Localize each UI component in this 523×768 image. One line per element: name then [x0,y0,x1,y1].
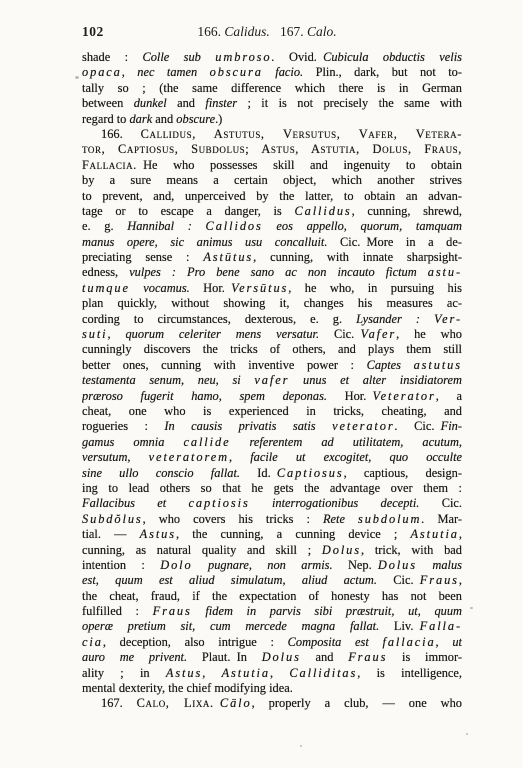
text-line: auro me privent. Plaut. In Dolus and Fra… [82,650,462,665]
text-line: preciating sense : Astūtus, cunning, wit… [82,250,462,265]
text-line: ality ; in Astus, Astutia, Calliditas, i… [82,666,462,681]
text-segment: Callidus, Astutus, Versutus, Vafer, Vete… [141,127,462,141]
book-page: 102 166. Calidus. 167. Calo. shade : Col… [0,0,523,768]
text-segment: tage or to escape a danger, is [82,204,294,218]
text-segment: Fraus [153,604,192,618]
text-segment: cunning, as natural quality and skill ; [82,543,322,557]
text-line: cia, deception, also intrigue : Composit… [82,635,462,650]
text-line: e. g. Hannibal : Callidos eos appello, q… [82,219,462,234]
text-segment: better ones, cunning with inventive powe… [82,358,367,372]
text-line: 166. Callidus, Astutus, Versutus, Vafer,… [82,127,462,142]
text-segment: , he who [396,327,462,341]
text-segment: Fallacia. [82,158,137,172]
text-segment: Veterator [373,389,436,403]
text-segment: Calliditas [289,666,357,680]
text-line: operæ pretium sit, cum mercede magna fal… [82,619,462,634]
text-segment: , facile ut excogitet, quo occulte [229,450,462,464]
text-segment: Dolus [322,543,361,557]
scan-speck [300,745,302,747]
text-segment: , cunning, with innate sharpsight- [253,250,462,264]
text-segment: facio. [263,65,303,79]
text-segment: vulpes : Pro bene sano ac non incauto fi… [129,265,428,279]
text-line: cording to circumstances, dexterous, e. … [82,312,462,327]
text-segment: , [202,666,221,680]
text-segment: Plaut. In [187,650,262,664]
text-segment: cording to circumstances, dexterous, e. … [82,312,356,326]
paragraph: shade : Colle sub umbroso. Ovid. Cubicul… [82,50,462,127]
page-text: shade : Colle sub umbroso. Ovid. Cubicul… [82,50,462,712]
text-segment: præroso fugerit hamo, spem deponas. [82,389,327,403]
text-segment: intention : [82,558,160,572]
text-line: rogueries : In causis privatis satis vet… [82,419,462,434]
text-segment: Cic. More in a de- [327,235,462,249]
text-line: plan quickly, without showing it, change… [82,296,462,311]
text-line: intention : Dolo pugnare, non armis. Nep… [82,558,462,573]
text-segment: Liv. [379,619,419,633]
text-line: mental dexterity, the chief modifying id… [82,681,462,696]
text-segment: Astutia [222,666,270,680]
text-segment: dark [129,112,152,126]
running-header: 102 166. Calidus. 167. Calo. [82,24,462,42]
text-segment: cia [82,635,103,649]
text-segment: Calo, Lixa. [137,696,214,710]
text-segment: ing to lead others so that he gets the a… [82,481,462,495]
text-segment: Callidus [294,204,351,218]
text-segment: auro me privent. [82,650,187,664]
text-line: cunning, as natural quality and skill ; … [82,543,462,558]
text-segment: mental dexterity, the chief modifying id… [82,681,293,695]
text-segment: tial. — [82,527,140,541]
text-segment: referentem ad utilitatem, acutum, [230,435,462,449]
text-segment: by a sure means a certain object, which … [82,173,462,187]
text-segment: manus opere, sic animus usu concalluit. [82,235,327,249]
text-segment: Hor. [327,389,373,403]
text-segment: interrogationibus decepti. [250,496,420,510]
text-line: suti, quorum celeriter mens versatur. Ci… [82,327,462,342]
text-segment: Ovid. [275,50,323,64]
text-line: cunningly discovers the tricks of others… [82,342,462,357]
text-segment: cunningly discovers the tricks of others… [82,342,462,356]
text-line: the cheat, fraud, if the expectation of … [82,589,462,604]
text-segment: tor, Captiosus, Subdolus; Astus, Astutia… [82,142,462,156]
text-segment: callide [183,435,230,449]
text-segment: Cic. [319,327,360,341]
text-segment: Id. [240,466,277,480]
text-line: edness, vulpes : Pro bene sano ac non in… [82,265,462,280]
paragraph: 167. Calo, Lixa. Cālo, properly a club, … [82,696,462,711]
text-segment: 166. [197,24,224,39]
text-segment: Fallacibus et [82,496,189,510]
text-segment: , deception, also intrigue : [103,635,288,649]
text-segment: Captes [367,358,414,372]
text-segment: , [459,527,462,541]
text-segment: vafer [254,373,289,387]
text-line: opaca, nec tamen obscura facio. Plin., d… [82,65,462,80]
text-segment: e. g. [82,219,127,233]
text-segment: subdolum [358,512,421,526]
chapter-header: 166. Calidus. 167. Calo. [82,24,452,40]
text-segment: Cic. [398,419,441,433]
text-line: testamenta senum, neu, si vafer unus et … [82,373,462,388]
text-line: to prevent, and, unperceived by the latt… [82,189,462,204]
text-line: between dunkel and finster ; it is not p… [82,96,462,111]
text-segment: unus et alter insidiatorem [289,373,462,387]
text-segment: eos appello, quorum, tamquam [263,219,462,233]
text-line: manus opere, sic animus usu concalluit. … [82,235,462,250]
text-line: regard to dark and obscure.) [82,112,462,127]
text-segment: operæ pretium sit, cum mercede magna fal… [82,619,379,633]
text-segment: and [301,650,348,664]
text-segment: plan quickly, without showing it, change… [82,296,462,310]
text-segment: sine ullo conscio fallat. [82,466,240,480]
text-segment: Cic. [419,496,462,510]
text-line: tor, Captiosus, Subdolus; Astus, Astutia… [82,142,462,157]
text-segment: Fraus [420,573,459,587]
text-line: tage or to escape a danger, is Callidus,… [82,204,462,219]
text-segment: Hannibal : [127,219,205,233]
text-line: sine ullo conscio fallat. Id. Captiosus,… [82,466,462,481]
text-segment: , he who, in pursuing his [288,281,462,295]
text-segment: Colle sub [142,50,215,64]
text-segment: , the cunning, a cunning device ; [176,527,410,541]
text-segment: , ut [436,635,462,649]
text-segment: In causis privatis satis [164,419,332,433]
text-segment: Versūtus [231,281,288,295]
text-segment: , [459,573,462,587]
text-segment: Subdŏlus [82,512,143,526]
text-segment: Lysander : [356,312,434,326]
text-segment: , trick, with bad [361,543,462,557]
text-segment: Mar- [424,512,462,526]
text-segment: rogueries : [82,419,164,433]
text-line: Fallacia. He who possesses skill and ing… [82,158,462,173]
text-segment: Ver- [434,312,462,326]
text-line: Fallacibus et captiosis interrogationibu… [82,496,462,511]
text-segment: Calidus. [224,24,269,39]
text-segment: astutus [414,358,462,372]
text-segment: and [167,96,206,110]
text-segment: Vafer [360,327,396,341]
text-segment: , cunning, shrewd, [352,204,462,218]
text-segment: 166. [101,127,141,141]
text-segment: gamus omnia [82,435,183,449]
text-segment: Calo. [307,24,337,39]
text-segment: est, quum est aliud simulatum, aliud act… [82,573,377,587]
text-segment: Rete [323,512,358,526]
text-segment: 167. [270,24,307,39]
text-segment: , a [436,389,462,403]
text-segment: fallacia [382,635,435,649]
text-segment: Fin- [441,419,462,433]
text-segment: tumque [82,281,130,295]
text-segment: Dolo [160,558,192,572]
text-segment: Cic. [377,573,420,587]
text-segment: fidem in parvis sibi præstruit, ut, quum [192,604,462,618]
text-segment: Callidos [206,219,263,233]
text-line: tumque vocamus. Hor. Versūtus, he who, i… [82,281,462,296]
scan-speck [470,607,473,609]
text-line: 167. Calo, Lixa. Cālo, properly a club, … [82,696,462,711]
text-line: tally so ; (the same difference which th… [82,81,462,96]
text-segment: .) [215,112,222,126]
text-segment: fulfilled : [82,604,153,618]
text-line: shade : Colle sub umbroso. Ovid. Cubicul… [82,50,462,65]
text-line: cheat, one who is experienced in tricks,… [82,404,462,419]
text-segment: edness, [82,265,129,279]
text-line: versutum, veteratorem, facile ut excogit… [82,450,462,465]
text-line: fulfilled : Fraus fidem in parvis sibi p… [82,604,462,619]
text-line: ing to lead others so that he gets the a… [82,481,462,496]
text-segment: , properly a club, — one who [252,696,462,710]
text-segment: Dolus [378,558,417,572]
text-segment: , quorum celeriter mens versatur. [108,327,320,341]
text-segment: Astutia [410,527,458,541]
text-segment: veterator [332,419,395,433]
text-segment: preciating sense : [82,250,203,264]
text-segment: finster [205,96,237,110]
text-segment: and [152,112,176,126]
text-segment: Cālo [220,696,252,710]
text-segment: captiosis [189,496,250,510]
text-segment: , is intelligence, [357,666,462,680]
text-segment: Cubicula obductis velis [323,50,462,64]
text-segment: , captious, design- [344,466,462,480]
text-segment: regard to [82,112,129,126]
text-segment: Plin., dark, but not to- [303,65,462,79]
text-segment: to prevent, and, unperceived by the latt… [82,189,462,203]
text-segment: the cheat, fraud, if the expectation of … [82,589,462,603]
text-segment: tally so ; (the same difference which th… [82,81,462,95]
text-line: by a sure means a certain object, which … [82,173,462,188]
text-segment: Hor. [190,281,231,295]
text-line: est, quum est aliud simulatum, aliud act… [82,573,462,588]
text-segment: is immor- [387,650,462,664]
text-segment: shade : [82,50,142,64]
text-segment: Nep. [333,558,378,572]
text-line: tial. — Astus, the cunning, a cunning de… [82,527,462,542]
text-line: Subdŏlus, who covers his tricks : Rete s… [82,512,462,527]
text-segment: obscure [176,112,215,126]
text-segment: Dolus [262,650,301,664]
paragraph: 166. Callidus, Astutus, Versutus, Vafer,… [82,127,462,696]
text-line: gamus omnia callide referentem ad utilit… [82,435,462,450]
text-segment: pugnare, non armis. [193,558,333,572]
text-segment: Astus [166,666,202,680]
text-segment: Astūtus [203,250,253,264]
text-line: præroso fugerit hamo, spem deponas. Hor.… [82,389,462,404]
text-segment: vocamus. [130,281,190,295]
text-segment: suti [82,327,108,341]
text-segment: malus [417,558,462,572]
text-segment: Fraus [348,650,387,664]
text-segment: , who covers his tricks : [143,512,323,526]
text-segment: testamenta senum, neu, si [82,373,254,387]
text-segment: cheat, one who is experienced in tricks,… [82,404,462,418]
text-segment: , [270,666,289,680]
text-segment: dunkel [134,96,167,110]
text-segment: obscura [210,65,263,79]
text-segment: Composita est [288,635,383,649]
text-segment: umbroso [215,50,271,64]
text-segment: versutum, [82,450,149,464]
text-segment: Captiosus [277,466,344,480]
scan-speck [466,733,468,735]
text-segment: astu- [428,265,462,279]
text-segment: between [82,96,134,110]
text-segment: Falla- [420,619,462,633]
text-segment: Astus [140,527,176,541]
text-segment: veteratorem [149,450,229,464]
text-line: better ones, cunning with inventive powe… [82,358,462,373]
text-segment: ; it is not precisely the same with [237,96,462,110]
text-segment: , nec tamen [122,65,210,79]
text-segment: He who possesses skill and ingenuity to … [137,158,462,172]
text-segment: 167. [101,696,137,710]
text-segment: ality ; in [82,666,166,680]
scan-speck [75,76,79,79]
text-segment: opaca [82,65,122,79]
